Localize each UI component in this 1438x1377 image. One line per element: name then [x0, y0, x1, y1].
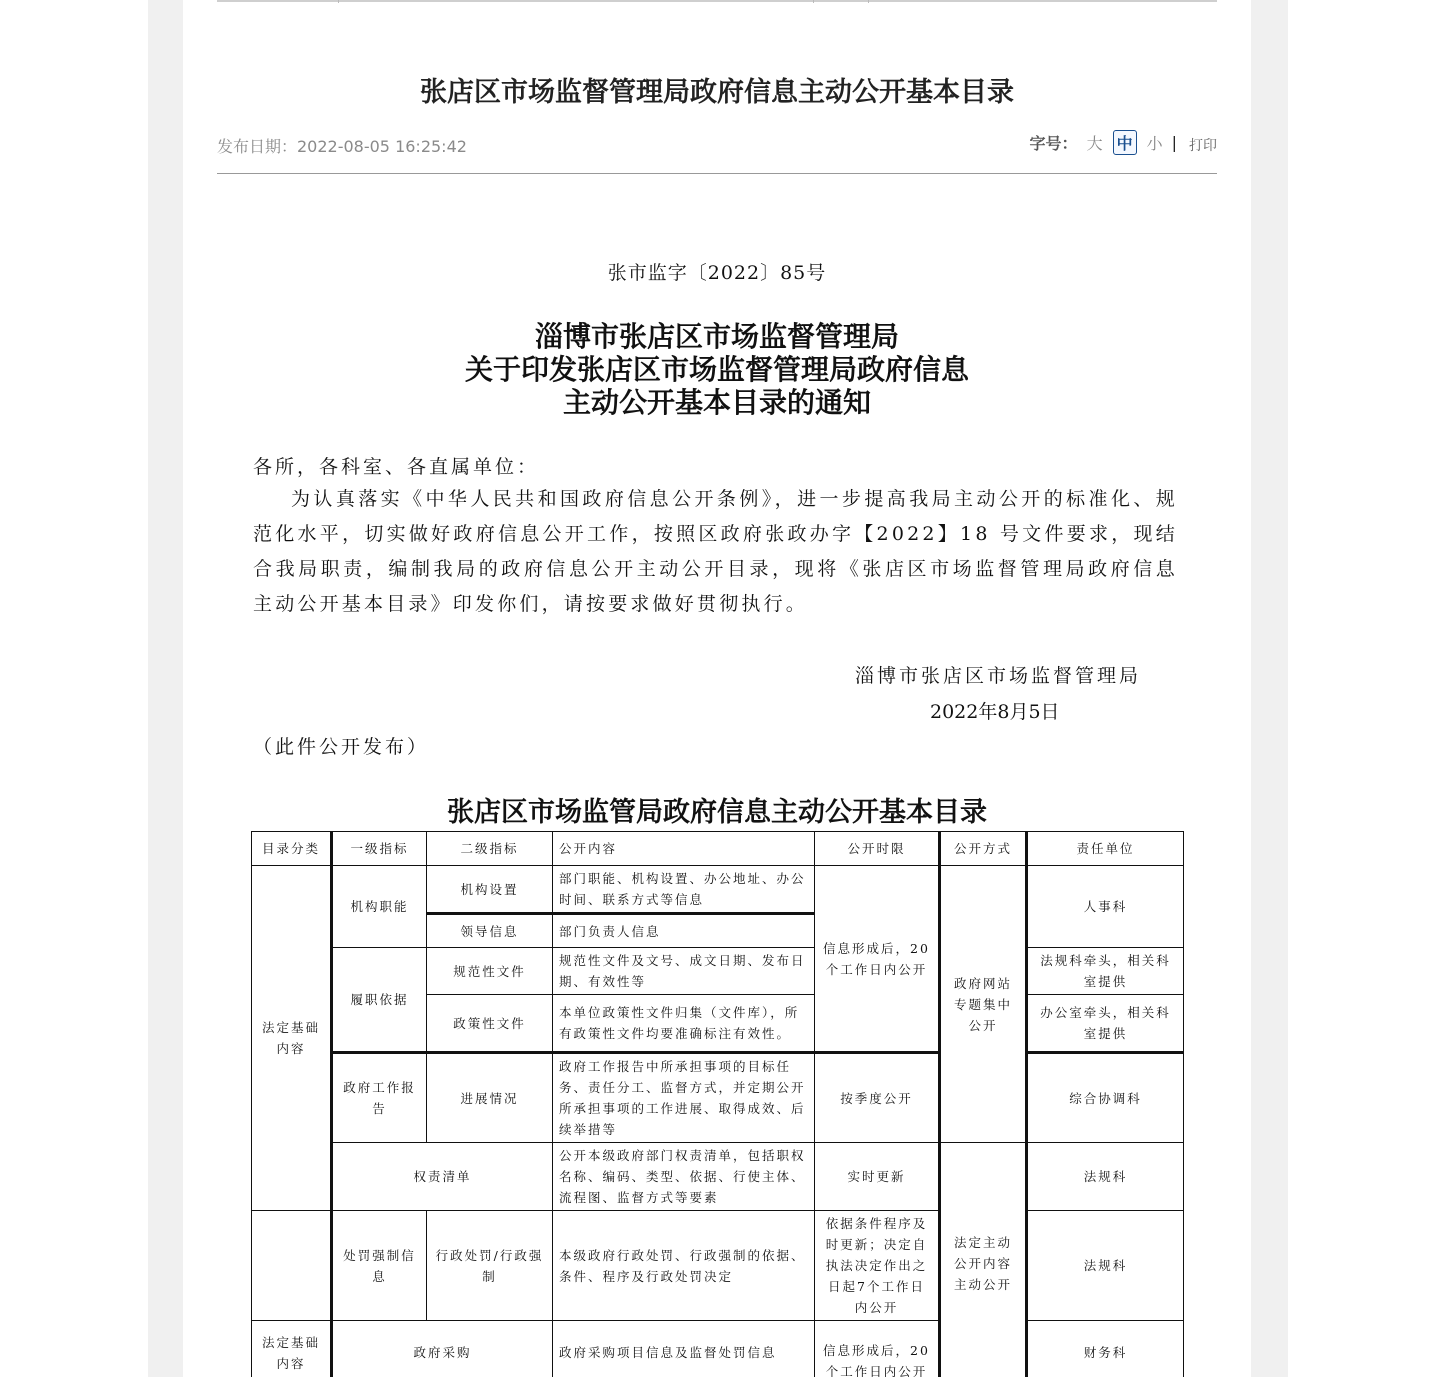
document-number: 张市监字〔2022〕85号	[217, 258, 1217, 285]
notice-title-line: 淄博市张店区市场监督管理局	[217, 320, 1217, 353]
timelimit-cell: 信息形成后，20个工作日内公开	[815, 866, 940, 1053]
unit-cell: 法规科牵头，相关科室提供	[1027, 948, 1184, 995]
print-button[interactable]: 打印	[1189, 135, 1217, 155]
separator: |	[1172, 133, 1177, 152]
level1-cell: 政府采购	[332, 1321, 553, 1377]
font-size-medium-button[interactable]: 中	[1113, 130, 1137, 155]
table-header-row: 目录分类 一级指标 二级指标 公开内容 公开时限 公开方式 责任单位	[252, 832, 1184, 866]
header-cell: 一级指标	[332, 832, 427, 866]
font-size-small-button[interactable]: 小	[1147, 131, 1163, 154]
table-row: 法定基础内容 机构职能 机构设置 部门职能、机构设置、办公地址、办公时间、联系方…	[252, 866, 1184, 914]
level2-cell: 规范性文件	[427, 948, 553, 995]
category-cell: 法定基础内容	[252, 866, 332, 1211]
notice-body: 为认真落实《中华人民共和国政府信息公开条例》，进一步提高我局主动公开的标准化、规…	[253, 482, 1178, 622]
meta-divider	[217, 173, 1217, 174]
header-cell: 公开方式	[940, 832, 1027, 866]
header-cell: 目录分类	[252, 832, 332, 866]
notice-title-line: 主动公开基本目录的通知	[217, 386, 1217, 419]
unit-cell: 人事科	[1027, 866, 1184, 948]
article-meta: 发布日期：2022-08-05 16:25:42 字号： 大 中 小 | 打印	[217, 130, 1217, 160]
level1-cell: 机构职能	[332, 866, 427, 948]
signature-organization: 淄博市张店区市场监督管理局	[855, 661, 1141, 688]
font-size-label: 字号：	[1030, 131, 1078, 154]
table-row: 处罚强制信息 行政处罚/行政强制 本级政府行政处罚、行政强制的依据、条件、程序及…	[252, 1211, 1184, 1321]
font-size-large-button[interactable]: 大	[1087, 131, 1103, 154]
content-cell: 政府工作报告中所承担事项的目标任务、责任分工、监督方式，并定期公开所承担事项的工…	[553, 1053, 815, 1143]
unit-cell: 法规科	[1027, 1143, 1184, 1211]
table-row: 履职依据 规范性文件 规范性文件及文号、成文日期、发布日期、有效性等 法规科牵头…	[252, 948, 1184, 995]
salutation: 各所，各科室、各直属单位：	[253, 452, 539, 479]
content-cell: 本单位政策性文件归集（文件库），所有政策性文件均要准确标注有效性。	[553, 995, 815, 1053]
publish-date: 发布日期：2022-08-05 16:25:42	[217, 134, 467, 157]
timelimit-cell: 依据条件程序及时更新；决定自执法决定作出之日起7个工作日内公开	[815, 1211, 940, 1321]
level1-cell: 处罚强制信息	[332, 1211, 427, 1321]
level2-cell: 机构设置	[427, 866, 553, 914]
notice-title: 淄博市张店区市场监督管理局 关于印发张店区市场监督管理局政府信息 主动公开基本目…	[217, 320, 1217, 419]
signature-date: 2022年8月5日	[930, 697, 1060, 724]
right-gutter	[1251, 0, 1288, 1377]
method-cell: 法定主动公开内容主动公开	[940, 1143, 1027, 1377]
level2-cell: 领导信息	[427, 914, 553, 948]
catalog-title: 张店区市场监管局政府信息主动公开基本目录	[217, 790, 1217, 829]
top-divider-tick	[813, 0, 814, 3]
article-page: 张店区市场监督管理局政府信息主动公开基本目录 发布日期：2022-08-05 1…	[183, 0, 1251, 1377]
level1-cell: 政府工作报告	[332, 1053, 427, 1143]
timelimit-cell: 按季度公开	[815, 1053, 940, 1143]
content-cell: 本级政府行政处罚、行政强制的依据、条件、程序及行政处罚决定	[553, 1211, 815, 1321]
header-cell: 责任单位	[1027, 832, 1184, 866]
table-row: 法定基础内容 政府采购 政府采购项目信息及监督处罚信息 信息形成后，20个工作日…	[252, 1321, 1184, 1377]
level1-cell: 权责清单	[332, 1143, 553, 1211]
unit-cell: 财务科	[1027, 1321, 1184, 1377]
content-cell: 部门负责人信息	[553, 914, 815, 948]
content-cell: 政府采购项目信息及监督处罚信息	[553, 1321, 815, 1377]
unit-cell: 综合协调科	[1027, 1053, 1184, 1143]
timelimit-cell: 实时更新	[815, 1143, 940, 1211]
notice-title-line: 关于印发张店区市场监督管理局政府信息	[217, 353, 1217, 386]
timelimit-cell: 信息形成后，20个工作日内公开	[815, 1321, 940, 1377]
category-cell	[252, 1211, 332, 1321]
category-cell: 法定基础内容	[252, 1321, 332, 1377]
table-row: 政府工作报告 进展情况 政府工作报告中所承担事项的目标任务、责任分工、监督方式，…	[252, 1053, 1184, 1143]
font-size-control: 字号： 大 中 小 |	[1030, 130, 1187, 155]
header-cell: 二级指标	[427, 832, 553, 866]
left-gutter	[148, 0, 183, 1377]
level2-cell: 行政处罚/行政强制	[427, 1211, 553, 1321]
level1-cell: 履职依据	[332, 948, 427, 1053]
table-row: 权责清单 公开本级政府部门权责清单，包括职权名称、编码、类型、依据、行使主体、流…	[252, 1143, 1184, 1211]
content-cell: 公开本级政府部门权责清单，包括职权名称、编码、类型、依据、行使主体、流程图、监督…	[553, 1143, 815, 1211]
header-cell: 公开时限	[815, 832, 940, 866]
unit-cell: 办公室牵头，相关科室提供	[1027, 995, 1184, 1053]
level2-cell: 进展情况	[427, 1053, 553, 1143]
header-cell: 公开内容	[553, 832, 815, 866]
catalog-table: 目录分类 一级指标 二级指标 公开内容 公开时限 公开方式 责任单位 法定基础内…	[251, 831, 1184, 1377]
unit-cell: 法规科	[1027, 1211, 1184, 1321]
content-cell: 部门职能、机构设置、办公地址、办公时间、联系方式等信息	[553, 866, 815, 914]
article-title: 张店区市场监督管理局政府信息主动公开基本目录	[217, 70, 1217, 109]
public-release-note: （此件公开发布）	[253, 732, 429, 759]
top-divider-tick	[868, 0, 869, 3]
level2-cell: 政策性文件	[427, 995, 553, 1053]
method-cell: 政府网站专题集中公开	[940, 866, 1027, 1143]
top-divider-tick	[338, 0, 339, 3]
content-cell: 规范性文件及文号、成文日期、发布日期、有效性等	[553, 948, 815, 995]
top-divider	[217, 0, 1217, 2]
